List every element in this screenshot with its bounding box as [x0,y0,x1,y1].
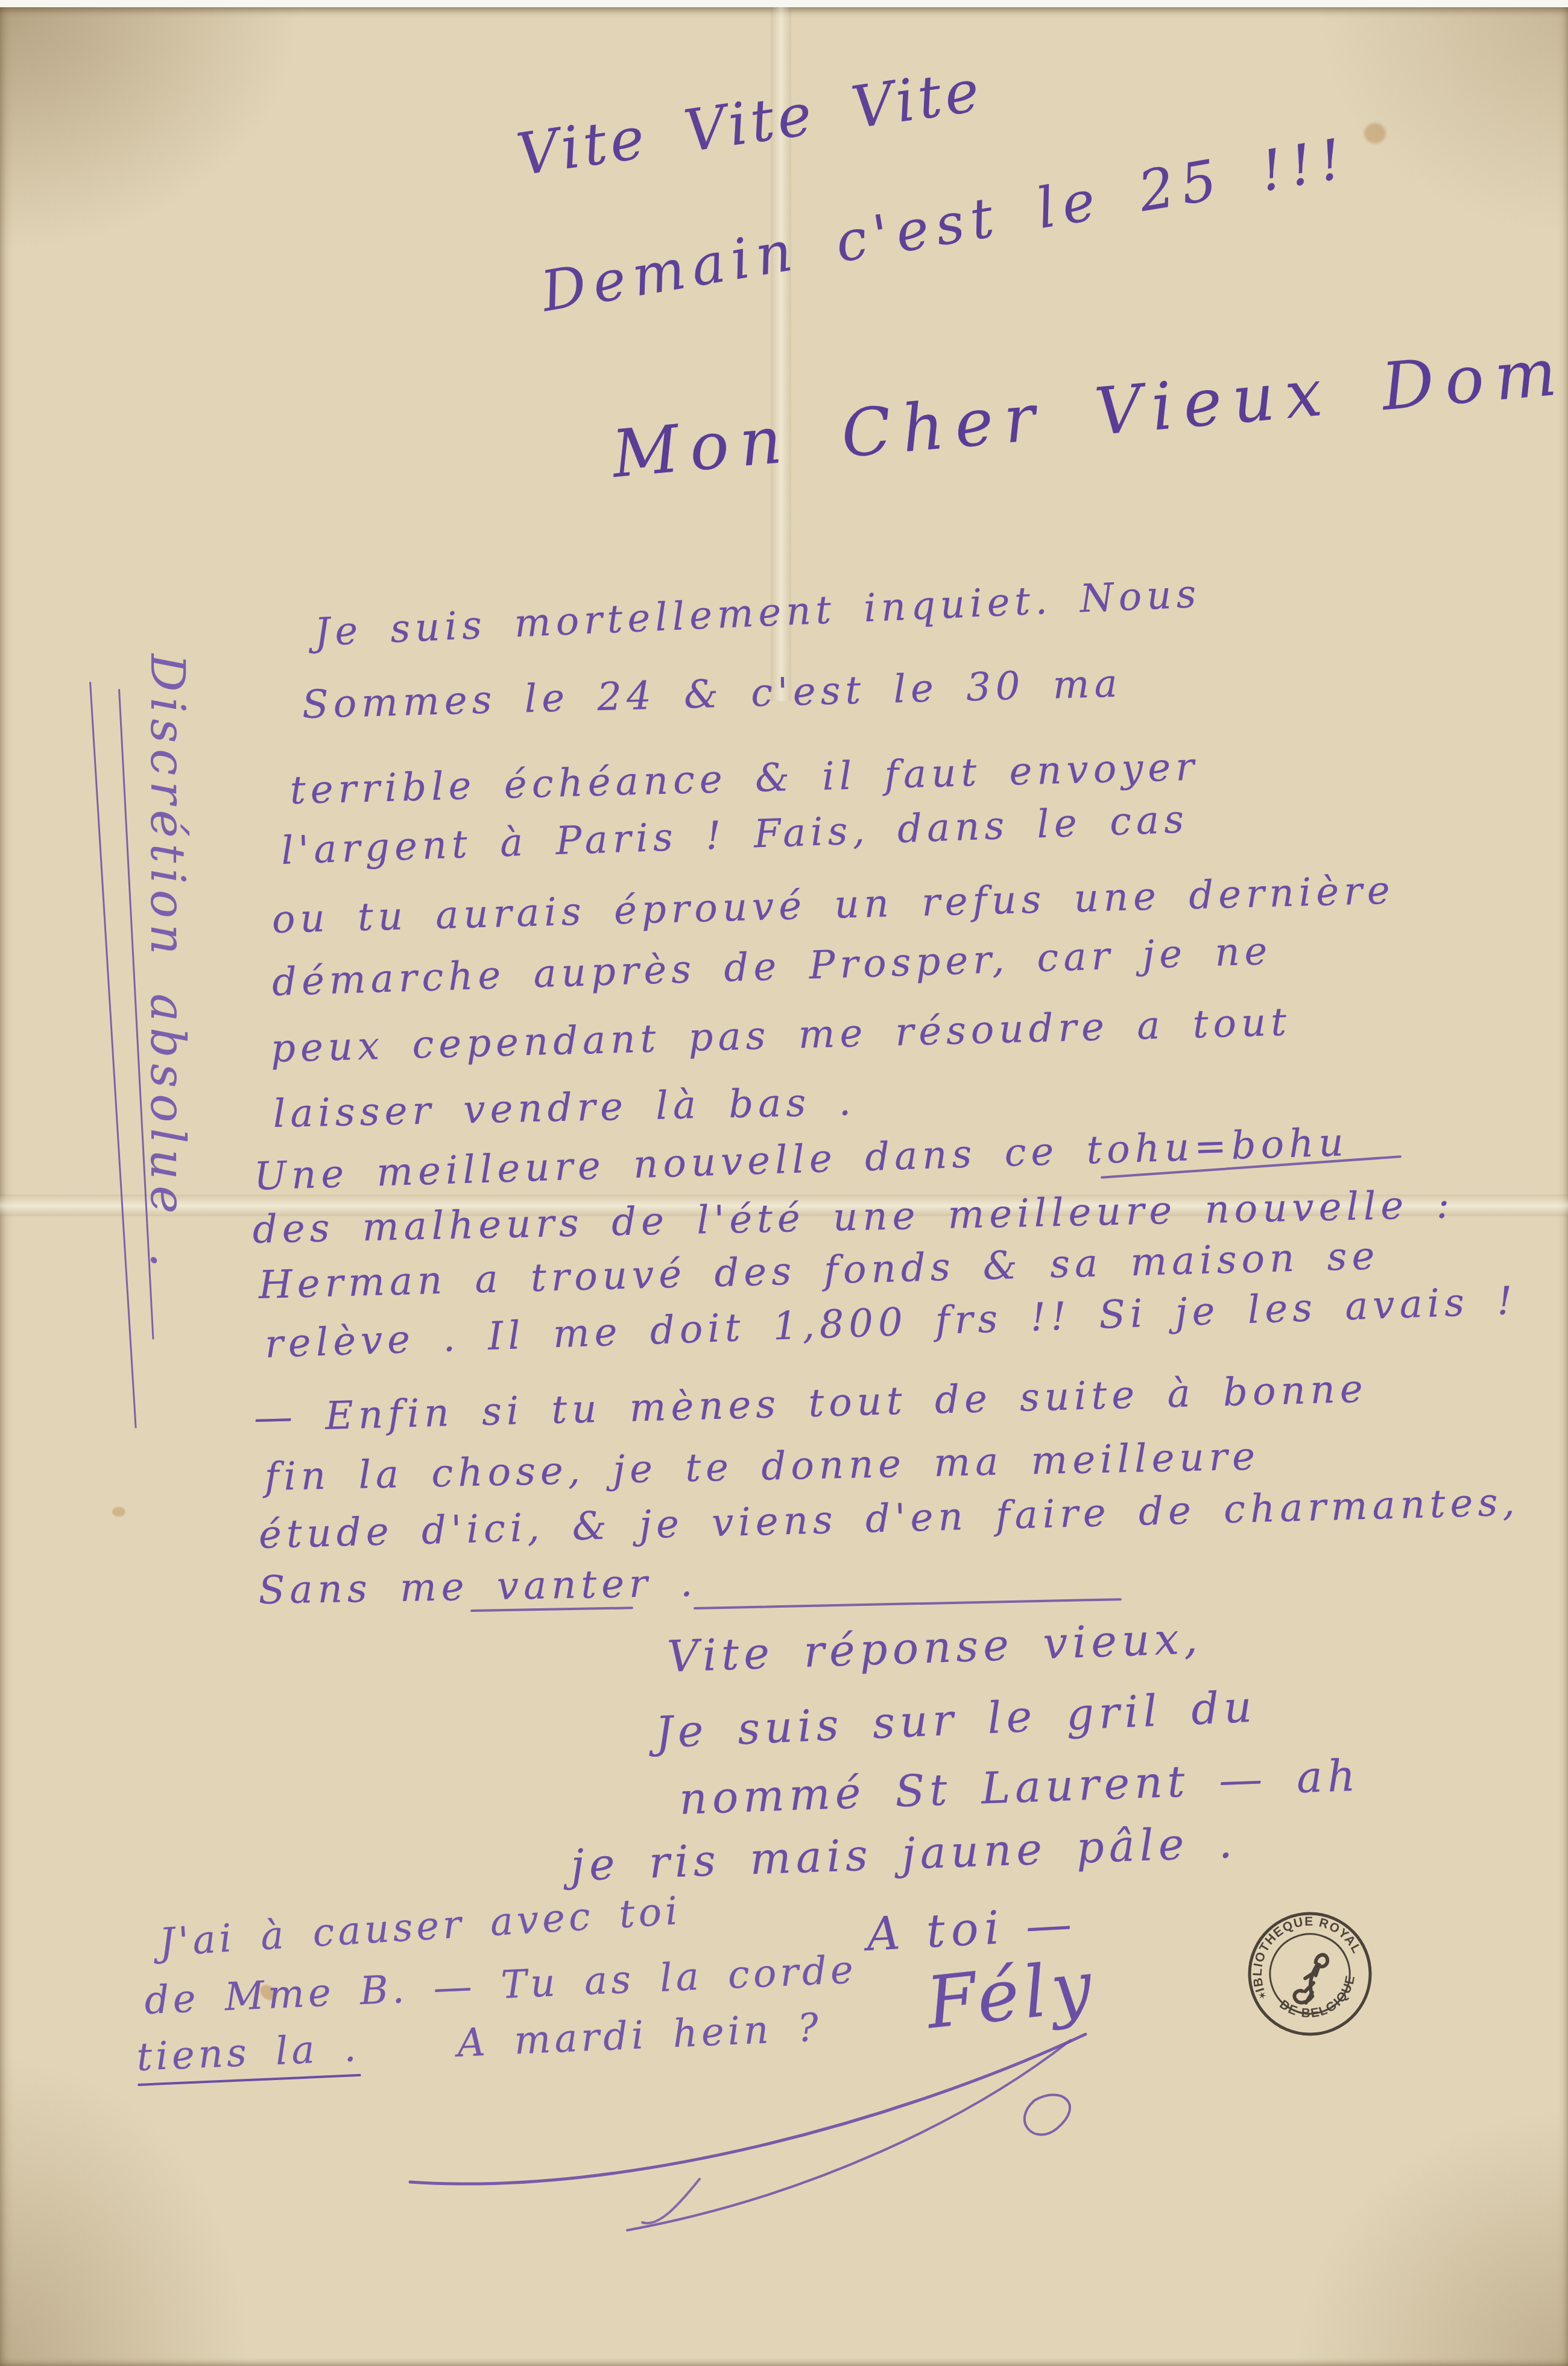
closing-line: Je suis sur le gril du [654,1681,1257,1757]
paper-stain [112,1507,125,1517]
stamp-separator-star: ✶ [1256,1988,1269,2003]
flourish-dash [694,1598,1122,1610]
body-line: démarche auprès de Prosper, car je ne [271,929,1272,1005]
svg-text:DE BELGIQUE: DE BELGIQUE [1274,1969,1368,2033]
margin-underline-outer [89,682,137,1429]
body-line: Sommes le 24 & c'est le 30 ma [302,661,1123,728]
postscript-underlined-phrase: tiens la . [136,2026,361,2086]
closing-line: Vite réponse vieux, [666,1613,1203,1682]
urgency-note-line1: Vite Vite Vite [513,57,987,189]
closing-line: je ris mais jaune pâle . [570,1816,1238,1891]
stamp-graphic: BIBLIOTHEQUE ROYALE DE BELGIQUE ✶ [1227,1891,1393,2057]
library-stamp: BIBLIOTHEQUE ROYALE DE BELGIQUE ✶ [1227,1891,1393,2057]
stamp-text-bottom: DE BELGIQUE [1274,1969,1368,2033]
body-line: laisser vendre là bas . [273,1080,856,1137]
corner-shadow-top-left [0,7,314,261]
postscript-line: J'ai à causer avec toi [158,1889,683,1965]
salutation: Mon Cher Vieux Dom [609,334,1568,493]
corner-shadow-top-right [1315,7,1568,236]
margin-note: Discrétion absolue . [140,654,194,1273]
body-line: — Enfin si tu mènes tout de suite à bonn… [253,1367,1368,1441]
belgian-lion-icon [1283,1953,1339,2006]
letter-page: Vite Vite Vite Demain c'est le 25 !!! Mo… [0,7,1568,2366]
corner-shadow-bottom-left [0,2052,253,2366]
corner-shadow-bottom-right [1291,2107,1568,2366]
body-line: fin la chose, je te donne ma meilleure [264,1434,1260,1500]
body-line: peux cependant pas me résoudre a tout [270,1000,1292,1071]
body-line: Sans me vanter . [258,1561,698,1613]
closing-line: nommé St Laurent — ah [678,1750,1361,1824]
paper-stain [1364,123,1386,144]
body-line: Je suis mortellement inquiet. Nous [314,572,1202,655]
